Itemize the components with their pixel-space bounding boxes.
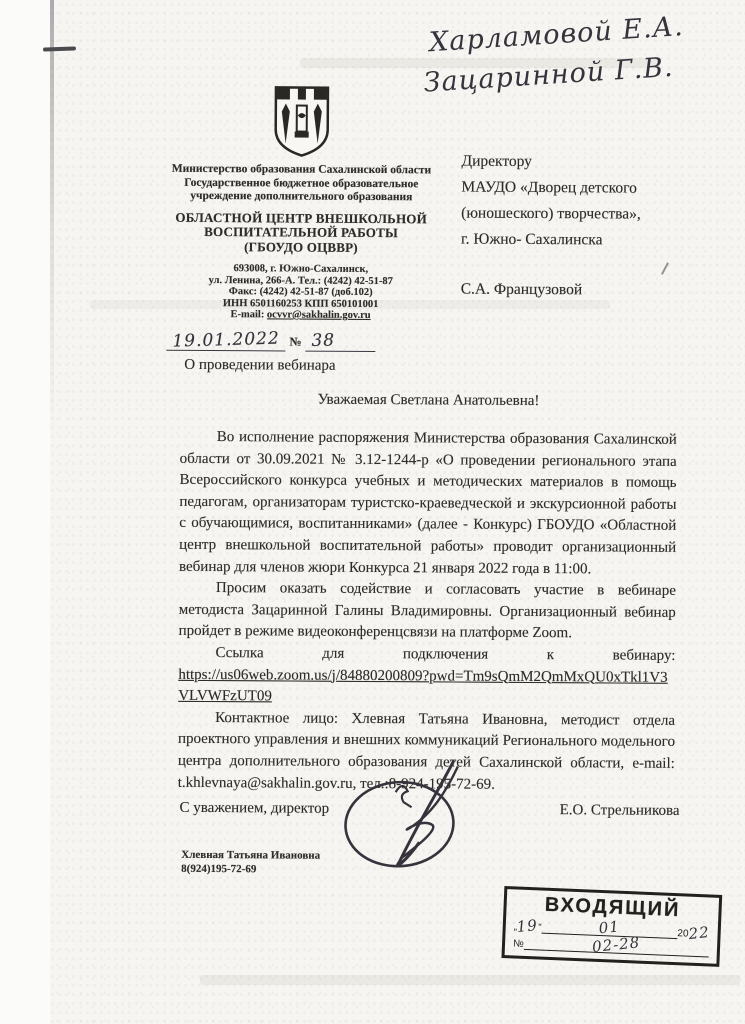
letter-body: Во исполнение распоряжения Министерства … [178, 427, 677, 797]
subject-line: О проведении вебинара [184, 357, 335, 375]
closing-left: С уважением, директор [180, 800, 330, 818]
ministry-line-1: Министерство образования Сахалинской обл… [149, 163, 453, 178]
executor-block: Хлевная Татьяна Ивановна 8(924)195-72-69 [181, 848, 320, 877]
number-sign: № [289, 334, 301, 348]
link-intro-line: Ссылка для подключения к вебинару: [178, 643, 675, 668]
link-intro-word: подключения [403, 644, 488, 666]
incoming-stamp: ВХОДЯЩИЙ „ 19 ” 01 2022 № 02-28 [501, 886, 722, 967]
link-intro-word: вебинару: [613, 645, 676, 667]
stamp-handwritten-month: 01 [598, 920, 620, 935]
handwritten-resolution: Харламовой Е.А. Зацаринной Г.В. [428, 3, 744, 103]
body-paragraph-2: Просим оказать содействие и согласовать … [179, 578, 676, 646]
handwritten-outgoing-number: 38 [311, 330, 335, 351]
stamp-year-prefix: 20 [677, 928, 689, 939]
letterhead: Министерство образования Сахалинской обл… [148, 85, 454, 353]
email-label: E-mail: [230, 309, 267, 320]
link-intro-word: Ссылка [215, 643, 263, 665]
executor-phone: 8(924)195-72-69 [181, 862, 320, 877]
scanned-letter: Харламовой Е.А. Зацаринной Г.В. Министер… [0, 0, 745, 1024]
recipient-name: С.А. Французовой [461, 277, 721, 305]
recipient-line-3: (юношеского) творчества», [461, 201, 721, 229]
salutation: Уважаемая Светлана Анатольевна! [180, 391, 677, 411]
stamp-handwritten-day: 19 [517, 919, 539, 934]
recipient-line-1: Директору [461, 149, 721, 177]
letterhead-email: ocvvr@sakhalin.gov.ru [267, 309, 371, 321]
ministry-line-3: учреждение дополнительного образования [149, 190, 453, 205]
stamp-number-sign: № [513, 938, 524, 949]
closing-row: С уважением, директор Е.О. Стрельникова [180, 800, 680, 820]
recipient-block: Директору МАУДО «Дворец детского (юношес… [461, 149, 722, 305]
body-paragraph-1: Во исполнение распоряжения Министерства … [179, 427, 677, 581]
recipient-line-4: г. Южно- Сахалинска [461, 227, 721, 255]
stamp-handwritten-year: 22 [688, 926, 710, 941]
signer-name: Е.О. Стрельникова [560, 802, 680, 820]
executor-name: Хлевная Татьяна Ивановна [181, 848, 320, 863]
link-intro-word: для [322, 644, 344, 666]
recipient-line-2: МАУДО «Дворец детского [461, 175, 721, 203]
link-intro-word: к [547, 645, 554, 667]
sakhalin-coat-of-arms-icon [273, 85, 331, 157]
zoom-webinar-link: https://us06web.zoom.us/j/84880200809?pw… [178, 664, 675, 710]
stamp-handwritten-number: 02-28 [592, 936, 641, 954]
org-name-line-3: (ГБОУДО ОЦВВР) [149, 239, 453, 255]
handwritten-outgoing-date: 19.01.2022 [172, 329, 280, 352]
